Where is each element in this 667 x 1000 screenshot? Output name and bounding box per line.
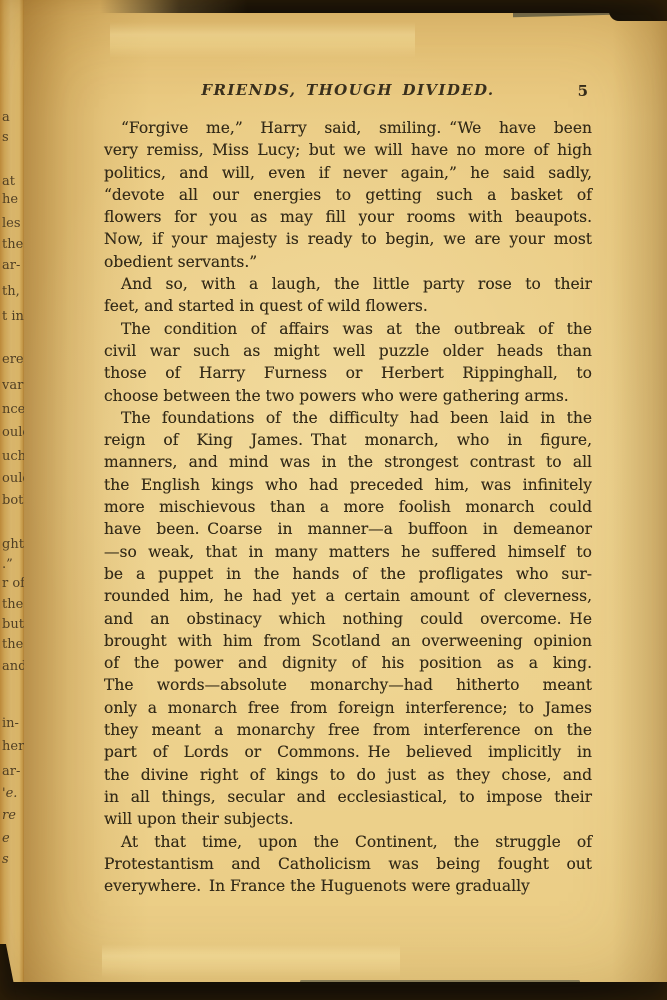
edge-text-fragment: s	[2, 130, 26, 145]
scan-border-bottom	[0, 982, 667, 1000]
edge-text-fragment: uch	[2, 449, 26, 464]
text-line: “devote all our energies to getting such…	[104, 184, 592, 206]
edge-text-fragment: ere	[2, 352, 26, 367]
edge-text-fragment: her	[2, 739, 26, 754]
edge-text-fragment: in-	[2, 716, 26, 731]
book-page-scan: asathelesthear-th,t inerevarsnceoulducho…	[0, 0, 667, 1000]
paragraph: The condition of affairs was at the outb…	[104, 318, 592, 407]
edge-text-fragment: e	[2, 831, 26, 846]
edge-text-fragment: 'e.	[2, 786, 26, 801]
paragraph: The foundations of the difficulty had be…	[104, 407, 592, 831]
edge-text-fragment: the	[2, 637, 26, 652]
edge-text-fragment: th,	[2, 284, 26, 299]
edge-text-fragment: r of	[2, 576, 26, 591]
paragraph: And so, with a laugh, the little party r…	[104, 273, 592, 318]
edge-text-fragment: s	[2, 852, 26, 867]
text-line: rounded him, he had yet a certain amount…	[104, 585, 592, 607]
running-header: FRIENDS, THOUGH DIVIDED.	[104, 81, 592, 99]
edge-text-fragment: ght,	[2, 537, 26, 552]
edge-text-fragment: but	[2, 617, 26, 632]
text-line: And so, with a laugh, the little party r…	[104, 273, 592, 295]
text-line: the divine right of kings to do just as …	[104, 764, 592, 786]
paragraph: At that time, upon the Continent, the st…	[104, 831, 592, 898]
text-line: obedient servants.”	[104, 251, 592, 273]
text-line: The foundations of the difficulty had be…	[104, 407, 592, 429]
edge-text-fragment: a	[2, 110, 26, 125]
edge-text-fragment: and	[2, 659, 26, 674]
text-line: The words—absolute monarchy—had hitherto…	[104, 674, 592, 696]
text-line: and an obstinacy which nothing could ove…	[104, 608, 592, 630]
edge-text-fragment: t in	[2, 309, 26, 324]
edge-text-fragment: he	[2, 192, 26, 207]
text-line: politics, and will, even if never again,…	[104, 162, 592, 184]
scan-border-top	[100, 0, 667, 13]
text-line: Protestantism and Catholicism was being …	[104, 853, 592, 875]
text-line: reign of King James. That monarch, who i…	[104, 429, 592, 451]
text-line: they meant a monarchy free from interfer…	[104, 719, 592, 741]
edge-text-fragment: ar-	[2, 258, 26, 273]
scan-border-top-right-corner	[609, 0, 667, 21]
text-line: of the power and dignity of his position…	[104, 652, 592, 674]
edge-text-fragment: ar-	[2, 764, 26, 779]
text-line: “Forgive me,” Harry said, smiling. “We h…	[104, 117, 592, 139]
edge-text-fragment: les	[2, 216, 26, 231]
text-line: more mischievous than a more foolish mon…	[104, 496, 592, 518]
edge-text-fragment: the	[2, 237, 26, 252]
paragraph: “Forgive me,” Harry said, smiling. “We h…	[104, 117, 592, 273]
text-line: —so weak, that in many matters he suffer…	[104, 541, 592, 563]
text-line: be a puppet in the hands of the profliga…	[104, 563, 592, 585]
edge-text-fragment: the	[2, 597, 26, 612]
text-line: civil war such as might well puzzle olde…	[104, 340, 592, 362]
text-line: flowers for you as may fill your rooms w…	[104, 206, 592, 228]
text-line: manners, and mind was in the strongest c…	[104, 451, 592, 473]
text-line: brought with him from Scotland an overwe…	[104, 630, 592, 652]
text-line: part of Lords or Commons. He believed im…	[104, 741, 592, 763]
edge-text-fragment: nce	[2, 402, 26, 417]
text-line: have been. Coarse in manner—a buffoon in…	[104, 518, 592, 540]
text-line: The condition of affairs was at the outb…	[104, 318, 592, 340]
edge-text-fragment: at	[2, 174, 26, 189]
edge-text-fragment: both	[2, 493, 26, 508]
text-line: those of Harry Furness or Herbert Rippin…	[104, 362, 592, 384]
text-line: At that time, upon the Continent, the st…	[104, 831, 592, 853]
edge-text-fragment: .”	[2, 557, 26, 572]
scan-light-streak-bottom	[102, 944, 400, 978]
edge-text-fragment: ould	[2, 471, 26, 486]
text-line: the English kings who had preceded him, …	[104, 474, 592, 496]
text-line: everywhere. In France the Huguenots were…	[104, 875, 592, 897]
page-number: 5	[578, 82, 588, 100]
edge-text-fragment: ould	[2, 425, 26, 440]
text-line: only a monarch free from foreign interfe…	[104, 697, 592, 719]
text-line: Now, if your majesty is ready to begin, …	[104, 228, 592, 250]
scan-light-streak-top	[110, 22, 415, 58]
text-line: will upon their subjects.	[104, 808, 592, 830]
edge-text-fragment: vars	[2, 378, 26, 393]
text-line: very remiss, Miss Lucy; but we will have…	[104, 139, 592, 161]
page-text: “Forgive me,” Harry said, smiling. “We h…	[104, 117, 592, 897]
adjacent-page-edge: asathelesthear-th,t inerevarsnceoulducho…	[0, 0, 24, 1000]
text-line: in all things, secular and ecclesiastica…	[104, 786, 592, 808]
edge-text-fragment: re	[2, 808, 26, 823]
text-line: feet, and started in quest of wild flowe…	[104, 295, 592, 317]
page-header: FRIENDS, THOUGH DIVIDED. 5	[104, 81, 592, 101]
text-line: choose between the two powers who were g…	[104, 385, 592, 407]
